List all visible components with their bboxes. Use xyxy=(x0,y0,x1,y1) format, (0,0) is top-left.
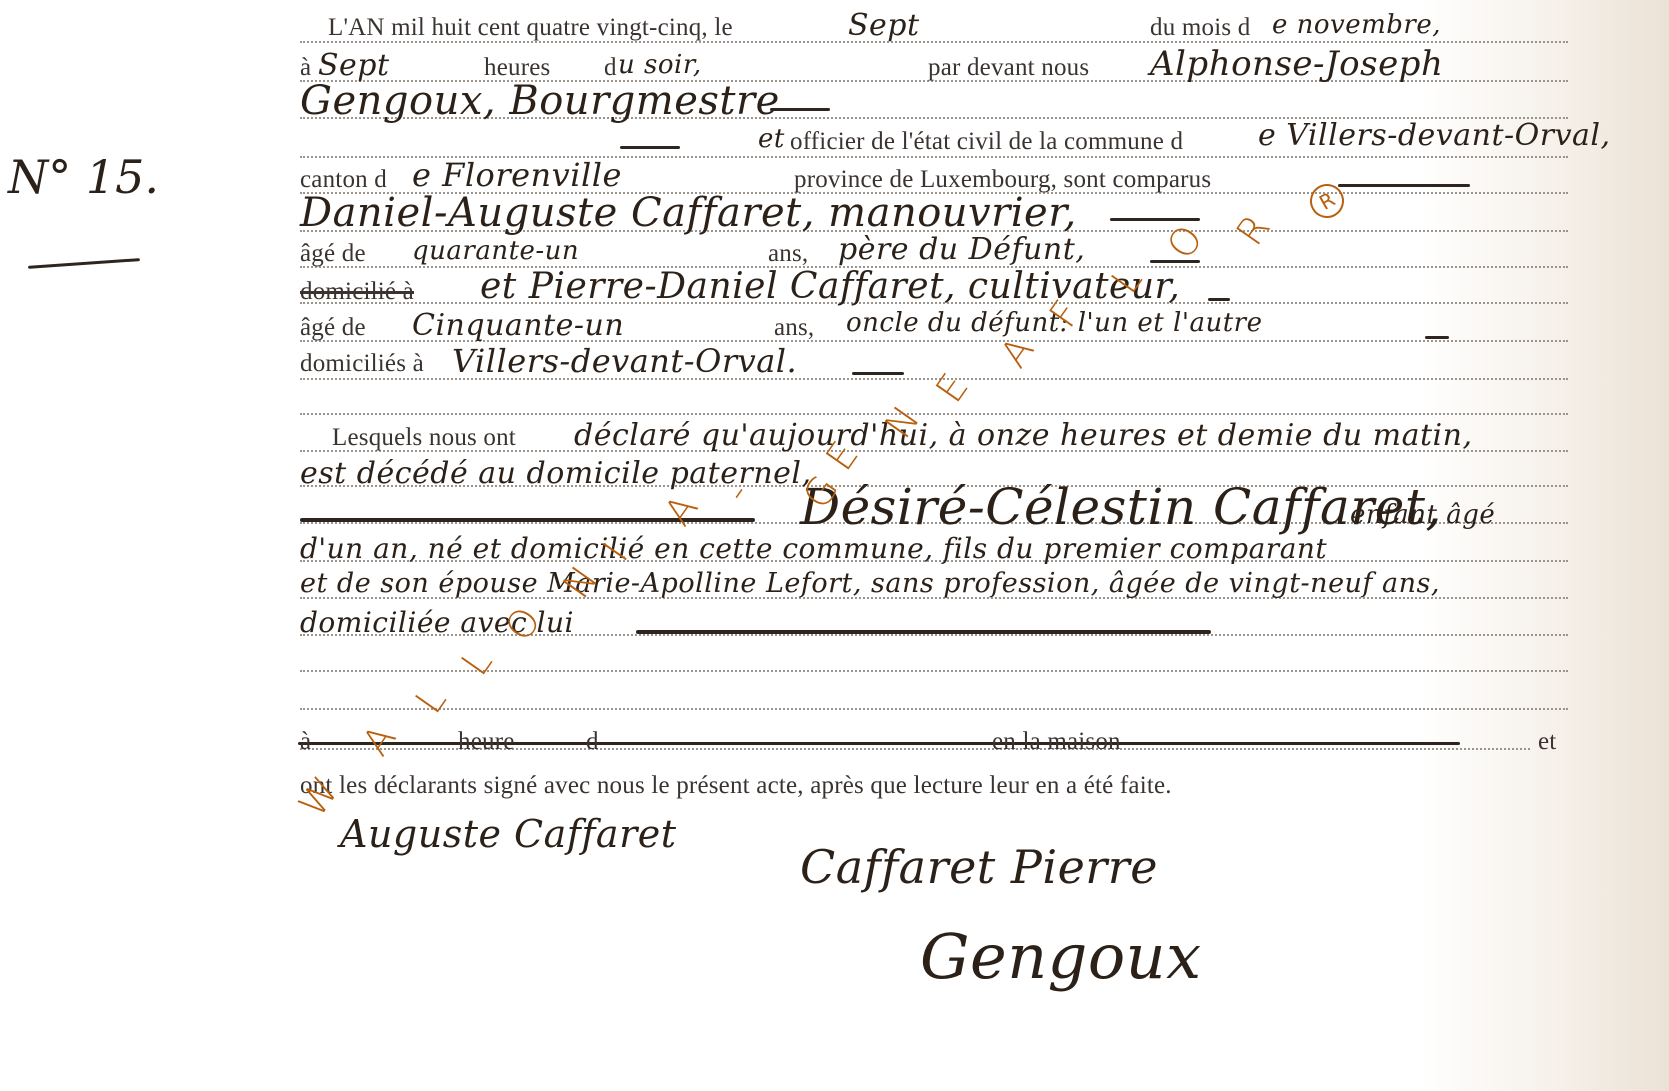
handwritten-officer-name: Alphonse-Joseph xyxy=(1150,44,1443,84)
struck-printed-text: heure xyxy=(458,728,515,756)
watermark-letter: R xyxy=(1228,207,1279,254)
filler-dash xyxy=(852,372,904,375)
record-number: N° 15. xyxy=(8,150,159,204)
handwritten-commune: e Villers-devant-Orval, xyxy=(1258,118,1611,153)
struck-printed-text: d xyxy=(586,728,599,756)
printed-text: du mois d xyxy=(1150,14,1250,42)
struck-printed-text: domicilié à xyxy=(300,278,414,306)
ruled-line xyxy=(300,708,1568,710)
watermark-letter: L xyxy=(452,641,500,684)
printed-text: âgé de xyxy=(300,314,366,342)
watermark-letter: L xyxy=(406,679,454,722)
filler-dash xyxy=(770,108,830,111)
handwritten-declaration: déclaré qu'aujourd'hui, à onze heures et… xyxy=(574,418,1473,453)
handwritten-officer-title: Gengoux, Bourgmestre xyxy=(300,78,780,124)
struck-printed-text: en la maison xyxy=(992,728,1121,756)
watermark-letter: A xyxy=(354,717,405,764)
handwritten-age-1: quarante-un xyxy=(412,236,579,266)
handwritten-age-2: Cinquante-un xyxy=(412,308,624,343)
printed-text: domiciliés à xyxy=(300,350,424,378)
handwritten-day: Sept xyxy=(848,8,920,43)
record-number-underline xyxy=(28,258,140,269)
handwritten-time-of-day: u soir, xyxy=(618,50,702,80)
handwritten-mother: et de son épouse Marie-Apolline Lefort, … xyxy=(300,568,1440,599)
filler-dash xyxy=(636,630,1211,634)
signature-gengoux: Gengoux xyxy=(920,920,1202,993)
signature-auguste-caffaret: Auguste Caffaret xyxy=(340,812,677,856)
printed-text: et xyxy=(1538,728,1556,756)
handwritten-declarant-1: Daniel-Auguste Caffaret, manouvrier, xyxy=(300,190,1077,236)
filler-dash xyxy=(1208,298,1230,301)
printed-text: ans, xyxy=(768,240,808,268)
printed-text: âgé de xyxy=(300,240,366,268)
handwritten-text: d'un an, né et domicilié en cette commun… xyxy=(300,532,1327,565)
filler-dash xyxy=(1338,184,1470,187)
filler-dash xyxy=(1110,218,1200,221)
handwritten-residence: Villers-devant-Orval. xyxy=(452,342,797,380)
closing-text: ont les déclarants signé avec nous le pr… xyxy=(300,772,1172,800)
printed-text: par devant nous xyxy=(928,54,1089,82)
watermark-letter: E xyxy=(927,366,977,411)
filler-dash xyxy=(1425,336,1449,339)
struck-printed-text: à xyxy=(300,728,311,756)
filler-dash xyxy=(620,146,680,149)
handwritten-text: enfant âgé xyxy=(1350,500,1495,530)
handwritten-deceased-name: Désiré-Célestin Caffaret, xyxy=(800,478,1442,536)
ruled-line xyxy=(300,413,1568,415)
handwritten-declarant-2: et Pierre-Daniel Caffaret, cultivateur, xyxy=(480,266,1180,307)
printed-text: L'AN mil huit cent quatre vingt-cinq, le xyxy=(328,14,733,42)
handwritten-month: e novembre, xyxy=(1272,10,1441,40)
printed-text: Lesquels nous ont xyxy=(332,424,516,452)
handwritten-canton: e Florenville xyxy=(412,156,622,194)
watermark-letter: A xyxy=(656,487,707,534)
civil-death-record-page: N° 15. L'AN mil huit cent quatre vingt-c… xyxy=(0,0,1669,1091)
handwritten-relation-1: père du Défunt, xyxy=(838,232,1085,267)
handwritten-et: et xyxy=(758,124,785,154)
signature-caffaret-pierre: Caffaret Pierre xyxy=(800,840,1158,894)
printed-text: officier de l'état civil de la commune d xyxy=(790,128,1183,156)
printed-text: ans, xyxy=(774,314,814,342)
